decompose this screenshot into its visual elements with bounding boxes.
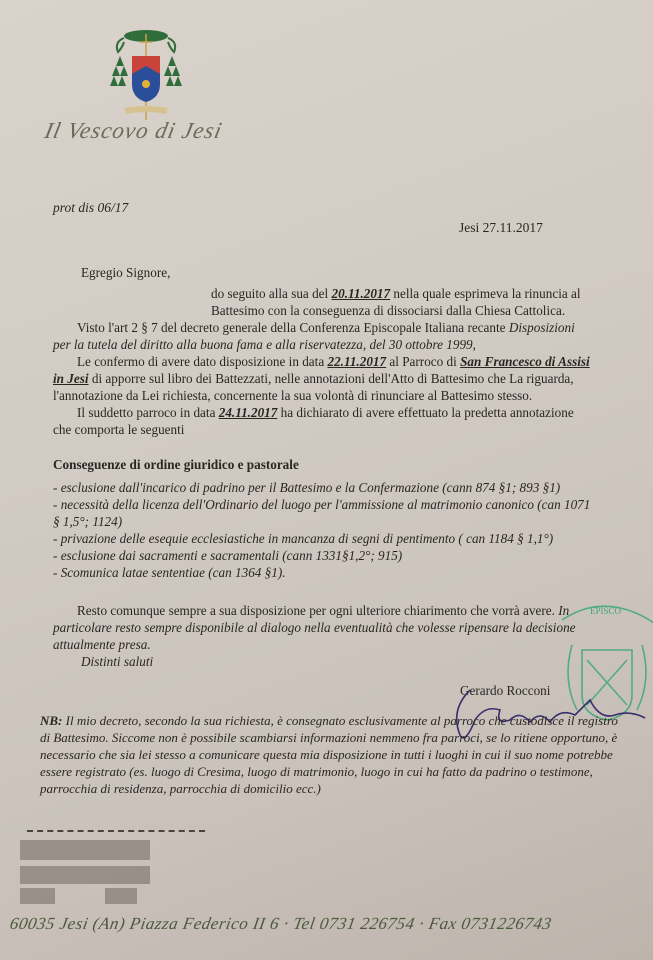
paragraph-4: Il suddetto parroco in data 24.11.2017 h… <box>53 404 593 438</box>
divider <box>27 830 205 832</box>
date-disposition: 22.11.2017 <box>327 354 386 369</box>
consequence-item: - necessità della licenza dell'Ordinario… <box>53 496 593 530</box>
date-annotation: 24.11.2017 <box>219 405 278 420</box>
letterhead-title: Il Vescovo di Jesi <box>42 118 225 144</box>
date-request: 20.11.2017 <box>332 286 391 301</box>
consequence-item: - esclusione dai sacramenti e sacramenta… <box>53 547 593 564</box>
letter-body: Egregio Signore, do seguito alla sua del… <box>53 264 593 670</box>
svg-text:EPISCO: EPISCO <box>590 606 622 616</box>
closing-paragraph: Resto comunque sempre a sua disposizione… <box>53 602 593 653</box>
greeting: Egregio Signore, <box>81 264 593 281</box>
redacted-address <box>105 888 137 904</box>
salutation: Distinti saluti <box>81 653 593 670</box>
paragraph-2: Visto l'art 2 § 7 del decreto generale d… <box>53 319 593 353</box>
nb-note: NB: Il mio decreto, secondo la sua richi… <box>40 712 630 797</box>
protocol-number: prot dis 06/17 <box>53 200 128 216</box>
paragraph-3: Le confermo di avere dato disposizione i… <box>53 353 593 404</box>
place-date: Jesi 27.11.2017 <box>459 220 543 236</box>
consequence-item: - Scomunica latae sententiae (can 1364 §… <box>53 564 593 581</box>
paragraph-1: do seguito alla sua del 20.11.2017 nella… <box>53 285 593 319</box>
redacted-address <box>20 866 150 884</box>
footer-address: 60035 Jesi (An) Piazza Federico II 6 · T… <box>8 914 553 934</box>
consequences-heading: Conseguenze di ordine giuridico e pastor… <box>53 456 593 473</box>
redacted-address <box>20 888 55 904</box>
coat-of-arms-icon <box>106 26 186 122</box>
consequence-item: - privazione delle esequie ecclesiastich… <box>53 530 593 547</box>
redacted-address <box>20 840 150 860</box>
consequence-item: - esclusione dall'incarico di padrino pe… <box>53 479 593 496</box>
